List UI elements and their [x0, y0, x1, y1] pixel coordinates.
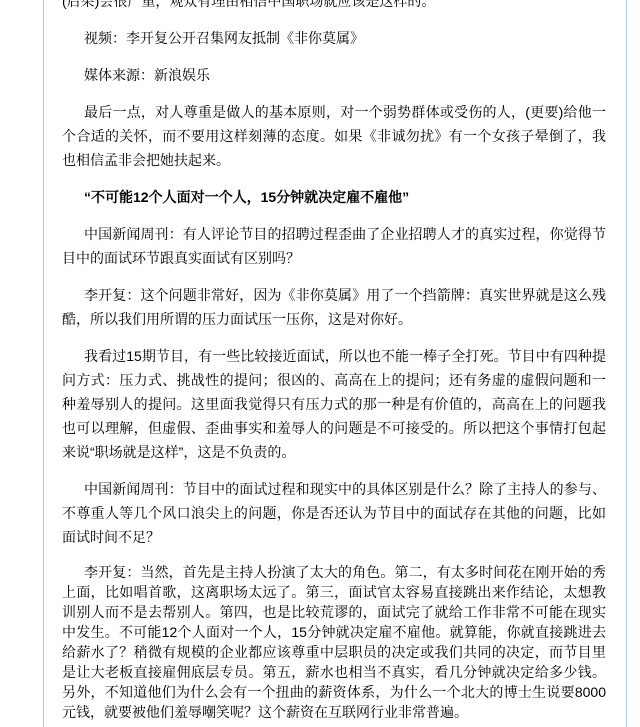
interviewee-answer: 李开复：当然，首先是主持人扮演了太大的角色。第二，有太多时间花在刚开始的秀上面，… — [62, 562, 606, 722]
article-page: (后果)会很严重，观众有理由相信中国职场就应该是这样的。 视频：李开复公开召集网… — [0, 0, 640, 727]
article-body: (后果)会很严重，观众有理由相信中国职场就应该是这样的。 视频：李开复公开召集网… — [43, 0, 627, 727]
video-caption-line: 视频：李开复公开召集网友抵制《非你莫属》 — [62, 26, 606, 50]
paragraph-continuation: (后果)会很严重，观众有理由相信中国职场就应该是这样的。 — [62, 0, 606, 13]
media-source-line: 媒体来源：新浪娱乐 — [62, 63, 606, 87]
section-heading: “不可能12个人面对一个人，15分钟就决定雇不雇他” — [62, 185, 606, 209]
interviewee-answer: 李开复：这个问题非常好，因为《非你莫属》用了一个挡箭牌：真实世界就是这么残酷，所… — [62, 283, 606, 331]
interviewee-answer: 我看过15期节目，有一些比较接近面试，所以也不能一棒子全打死。节目中有四种提问方… — [62, 344, 606, 464]
interviewer-question: 中国新闻周刊：节目中的面试过程和现实中的具体区别是什么？除了主持人的参与、不尊重… — [62, 477, 606, 549]
answer-paragraph: 最后一点，对人尊重是做人的基本原则，对一个弱势群体或受伤的人，(更要)给他一个合… — [62, 100, 606, 172]
interviewer-question: 中国新闻周刊：有人评论节目的招聘过程歪曲了企业招聘人才的真实过程，你觉得节目中的… — [62, 222, 606, 270]
